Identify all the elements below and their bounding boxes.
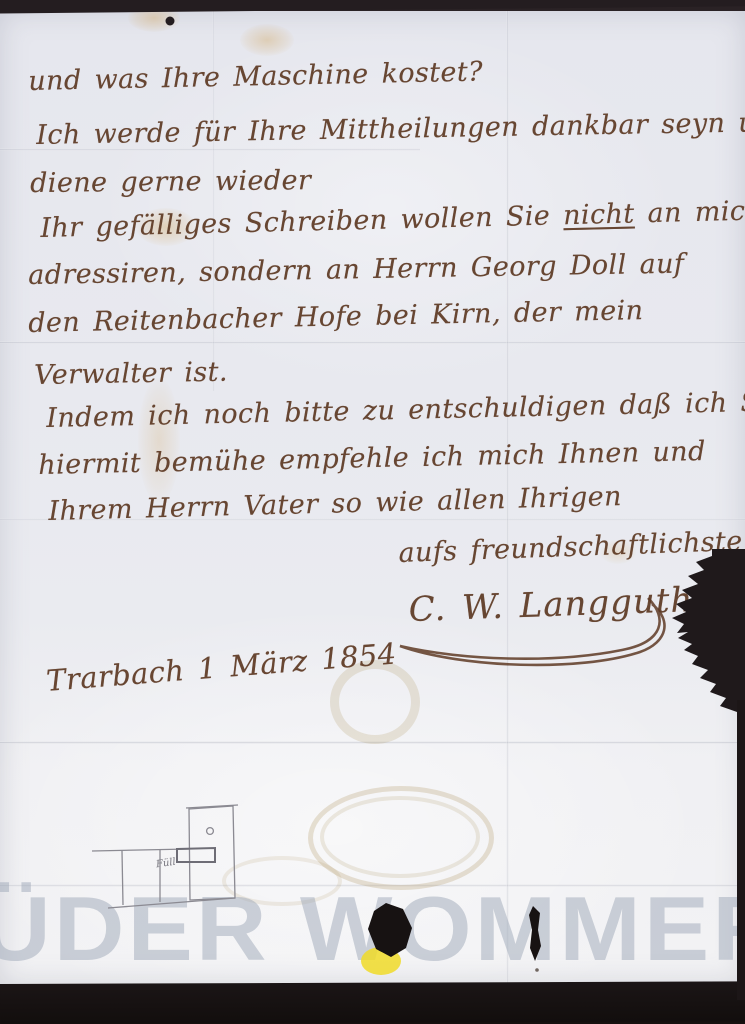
fold-crease-horizontal (0, 341, 745, 344)
scanner-background-bottom (0, 981, 745, 1024)
scanner-background-right (737, 700, 745, 1000)
scanned-letter: ÜDER WOMMER und was Ihre Maschine kostet… (0, 0, 745, 1024)
cup-ring-stain-inner (320, 796, 480, 878)
paper-watermark-text: ÜDER WOMMER (0, 884, 745, 975)
line-text: an mich (634, 195, 745, 229)
stain (138, 378, 180, 503)
stain (240, 24, 294, 56)
underlined-word: nicht (563, 198, 635, 231)
letter-line: diene gerne wieder (30, 165, 311, 199)
letter-line: Verwalter ist. (34, 357, 228, 391)
